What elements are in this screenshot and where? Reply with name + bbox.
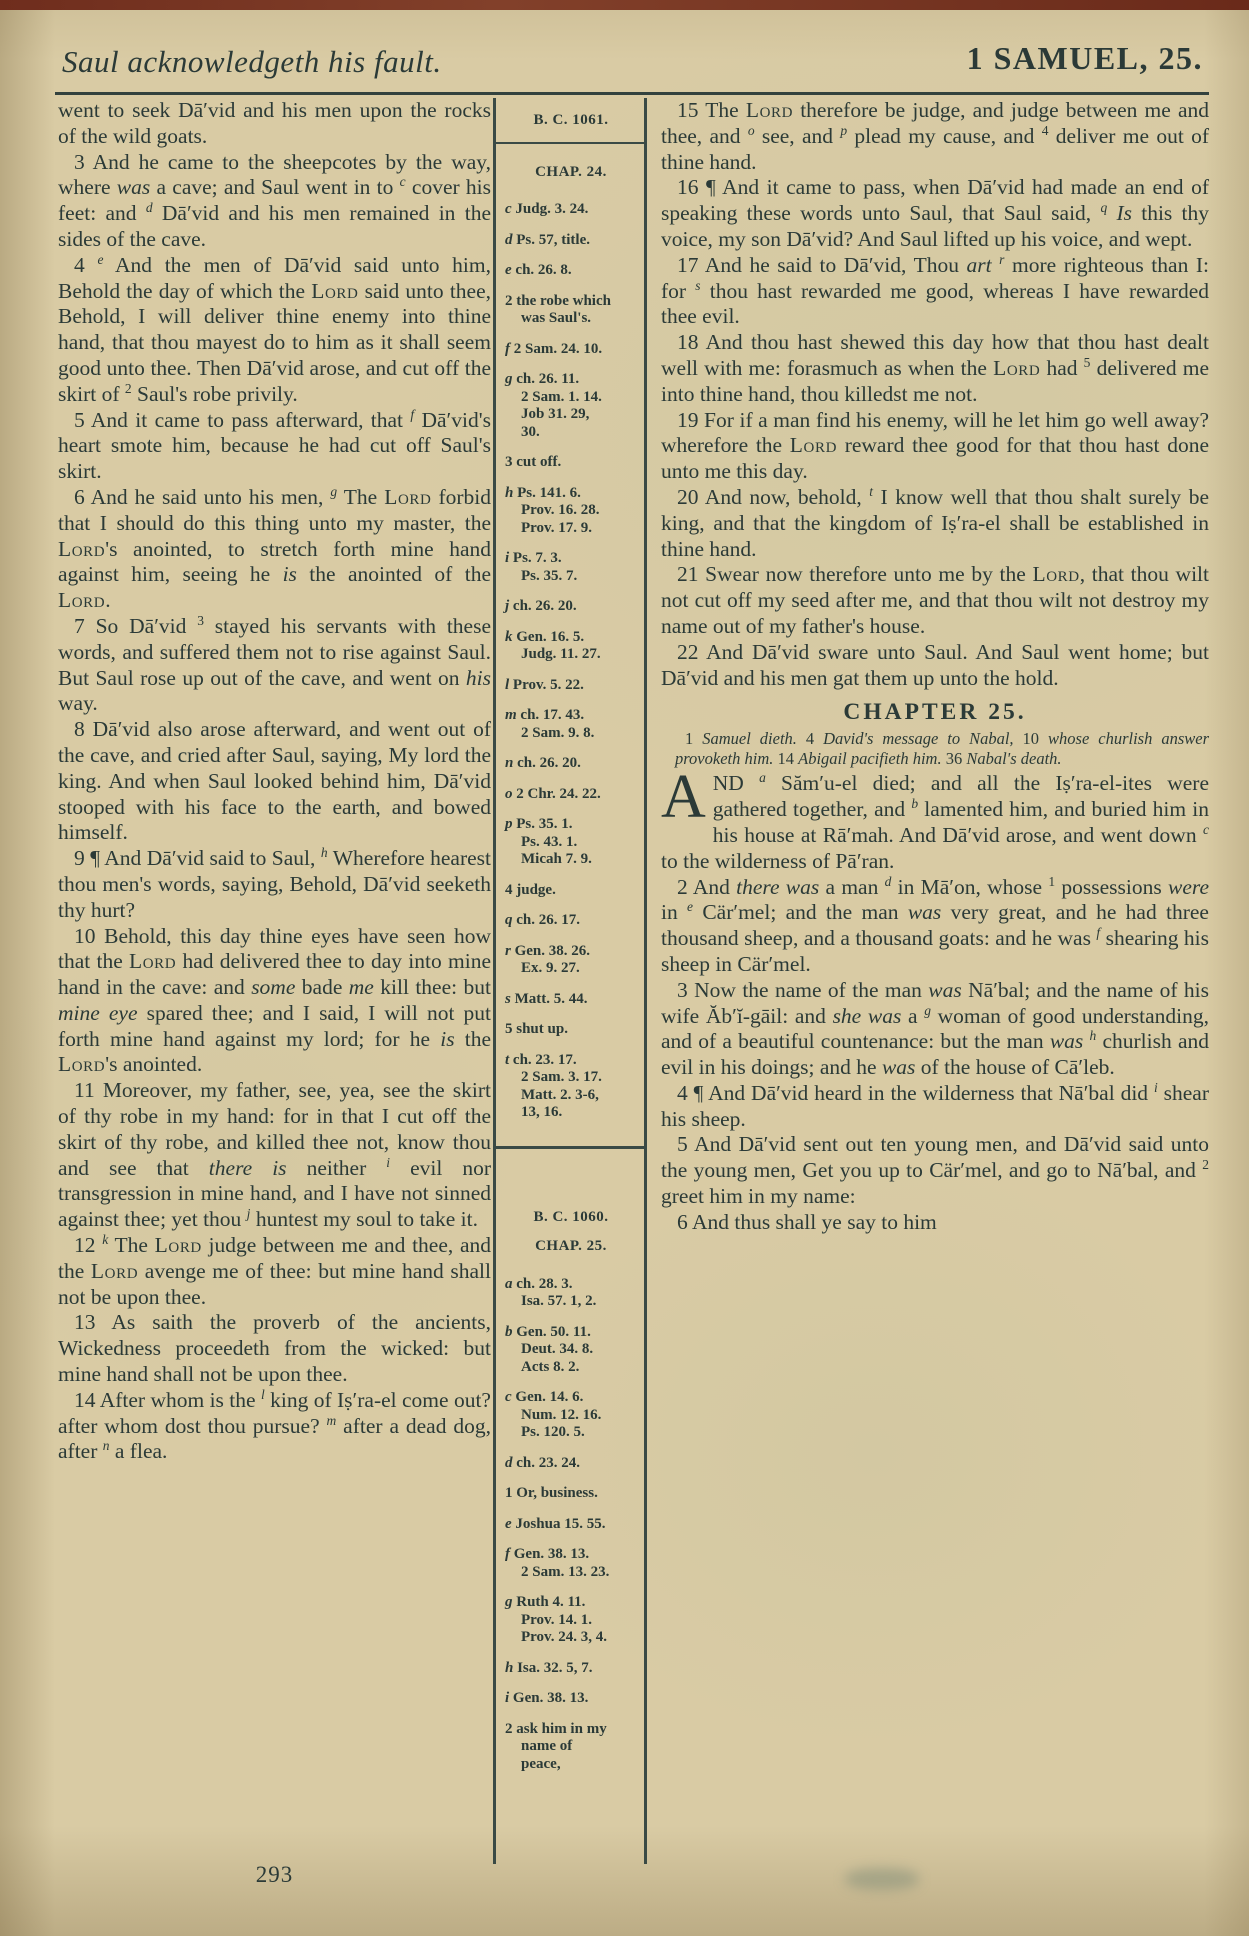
- chapter-heading: CHAPTER 25.: [661, 699, 1209, 726]
- reference-tag: 2: [505, 293, 513, 309]
- reference-tag: b: [505, 1324, 513, 1340]
- left-text-column: went to seek Dā′vid and his men upon the…: [58, 98, 491, 1864]
- reference-mark: p: [840, 123, 847, 138]
- verse-paragraph: 10 Behold, this day thine eyes have seen…: [58, 924, 491, 1079]
- verse-paragraph: 6 And thus shall ye say to him: [661, 1210, 1209, 1236]
- verse-paragraph: 12 k The Lord judge between me and thee,…: [58, 1233, 491, 1310]
- reference-mark: b: [911, 796, 918, 811]
- reference-mark: c: [400, 174, 406, 189]
- reference-tag: 2: [505, 1721, 513, 1737]
- reference-tag: j: [505, 598, 509, 614]
- divider-rule: [496, 142, 644, 144]
- reference-mark: a: [759, 770, 766, 785]
- verse-paragraph: 7 So Dā′vid 3 stayed his servants with t…: [58, 614, 491, 717]
- reference-mark: s: [695, 277, 700, 292]
- reference-mark: k: [102, 1232, 108, 1247]
- margin-note: 4 judge.: [505, 882, 637, 900]
- verse-paragraph: went to seek Dā′vid and his men upon the…: [58, 98, 491, 150]
- cross-reference: p Ps. 35. 1.Ps. 43. 1.Micah 7. 9.: [505, 816, 637, 869]
- cross-reference: n ch. 26. 20.: [505, 755, 637, 773]
- reference-tag: g: [505, 1594, 513, 1610]
- reference-mark: l: [261, 1387, 265, 1402]
- reference-mark: e: [687, 899, 693, 914]
- reference-tag: h: [505, 1660, 513, 1676]
- cross-reference: i Ps. 7. 3.Ps. 35. 7.: [505, 550, 637, 585]
- reference-mark: g: [330, 484, 337, 499]
- verse-paragraph: 11 Moreover, my father, see, yea, see th…: [58, 1078, 491, 1233]
- reference-mark: n: [103, 1438, 110, 1453]
- reference-tag: 1: [505, 1485, 513, 1501]
- verse-paragraph: 5 And it came to pass afterward, that f …: [58, 408, 491, 485]
- header-rule: [55, 92, 1209, 95]
- reference-mark: e: [97, 252, 103, 267]
- cross-reference: g ch. 26. 11.2 Sam. 1. 14.Job 31. 29,30.: [505, 371, 637, 441]
- page-number: 293: [58, 1862, 491, 1888]
- reference-mark: c: [1203, 822, 1209, 837]
- cross-reference: i Gen. 38. 13.: [505, 1690, 637, 1708]
- verse-paragraph: 3 Now the name of the man was Nā′bal; an…: [661, 978, 1209, 1081]
- center-reference-column: B. C. 1061.CHAP. 24.c Judg. 3. 24.d Ps. …: [493, 98, 647, 1864]
- verse-paragraph: 2 And there was a man d in Mā′on, whose …: [661, 875, 1209, 978]
- reference-tag: g: [505, 371, 513, 387]
- verse-paragraph: 8 Dā′vid also arose afterward, and went …: [58, 717, 491, 846]
- reference-tag: e: [505, 1516, 512, 1532]
- reference-tag: f: [505, 341, 510, 357]
- reference-tag: m: [505, 707, 517, 723]
- reference-tag: o: [505, 786, 513, 802]
- reference-mark: h: [1090, 1028, 1097, 1043]
- running-head-right: 1 SAMUEL, 25.: [967, 40, 1203, 77]
- reference-tag: i: [505, 550, 509, 566]
- reference-tag: l: [505, 677, 509, 693]
- reference-mark: q: [1100, 200, 1107, 215]
- reference-mark: f: [410, 406, 414, 421]
- verse-paragraph: 6 And he said unto his men, g The Lord f…: [58, 485, 491, 614]
- reference-tag: p: [505, 816, 513, 832]
- reference-tag: t: [505, 1052, 509, 1068]
- margin-note: 2 ask him in myname ofpeace,: [505, 1721, 637, 1774]
- chapter-label: CHAP. 25.: [505, 1238, 637, 1256]
- cross-reference: c Gen. 14. 6.Num. 12. 16.Ps. 120. 5.: [505, 1389, 637, 1442]
- verse-paragraph: 22 And Dā′vid sware unto Saul. And Saul …: [661, 640, 1209, 692]
- reference-mark: o: [748, 123, 755, 138]
- cross-reference: t ch. 23. 17.2 Sam. 3. 17.Matt. 2. 3-6,1…: [505, 1052, 637, 1122]
- reference-mark: h: [321, 845, 328, 860]
- reference-mark: i: [1154, 1080, 1158, 1095]
- cross-reference: k Gen. 16. 5.Judg. 11. 27.: [505, 629, 637, 664]
- reference-tag: e: [505, 262, 512, 278]
- reference-mark: 2: [1202, 1157, 1209, 1172]
- reference-mark: t: [869, 484, 873, 499]
- reference-mark: j: [247, 1206, 251, 1221]
- verse-paragraph: 15 The Lord therefore be judge, and judg…: [661, 98, 1209, 175]
- cross-reference: d Ps. 57, title.: [505, 232, 637, 250]
- right-text-column: 15 The Lord therefore be judge, and judg…: [647, 98, 1209, 1864]
- cross-reference: f 2 Sam. 24. 10.: [505, 341, 637, 359]
- cross-reference: l Prov. 5. 22.: [505, 677, 637, 695]
- verse-paragraph: 16 ¶ And it came to pass, when Dā′vid ha…: [661, 175, 1209, 252]
- reference-tag: d: [505, 1455, 513, 1471]
- reference-mark: 5: [1084, 355, 1091, 370]
- verse-paragraph: 20 And now, behold, t I know well that t…: [661, 485, 1209, 562]
- verse-paragraph: 4 e And the men of Dā′vid said unto him,…: [58, 253, 491, 408]
- drop-cap: A: [661, 771, 713, 823]
- bible-page: Saul acknowledgeth his fault. 1 SAMUEL, …: [0, 0, 1249, 1936]
- reference-tag: k: [505, 629, 513, 645]
- bc-date-label: B. C. 1060.: [505, 1209, 637, 1227]
- verse-paragraph: 21 Swear now therefore unto me by the Lo…: [661, 562, 1209, 639]
- chapter-summary: 1 Samuel dieth. 4 David's message to Nab…: [661, 729, 1209, 768]
- verse-paragraph: 3 And he came to the sheepcotes by the w…: [58, 150, 491, 253]
- reference-mark: d: [146, 200, 153, 215]
- cross-reference: s Matt. 5. 44.: [505, 991, 637, 1009]
- verse-paragraph: 13 As saith the proverb of the ancients,…: [58, 1310, 491, 1387]
- margin-note: 5 shut up.: [505, 1021, 637, 1039]
- reference-tag: n: [505, 755, 513, 771]
- cross-reference: g Ruth 4. 11.Prov. 14. 1.Prov. 24. 3, 4.: [505, 1594, 637, 1647]
- reference-mark: 4: [1042, 123, 1049, 138]
- reference-mark: 1: [1048, 873, 1055, 888]
- verse-paragraph: 14 After whom is the l king of Iṣ′ra-el …: [58, 1388, 491, 1465]
- cross-reference: f Gen. 38. 13.2 Sam. 13. 23.: [505, 1546, 637, 1581]
- cross-reference: j ch. 26. 20.: [505, 598, 637, 616]
- reference-tag: c: [505, 1389, 512, 1405]
- verse-paragraph: 4 ¶ And Dā′vid heard in the wilderness t…: [661, 1081, 1209, 1133]
- verse-paragraph: AND a Săm′u-el died; and all the Iṣ′ra-e…: [661, 771, 1209, 874]
- reference-tag: h: [505, 485, 513, 501]
- margin-note: 3 cut off.: [505, 454, 637, 472]
- reference-tag: 4: [505, 882, 513, 898]
- margin-note: 2 the robe whichwas Saul's.: [505, 293, 637, 328]
- verse-paragraph: 17 And he said to Dā′vid, Thou art r mor…: [661, 253, 1209, 330]
- reference-tag: d: [505, 232, 513, 248]
- reference-mark: 2: [125, 381, 132, 396]
- reference-tag: i: [505, 1690, 509, 1706]
- verse-paragraph: 18 And thou hast shewed this day how tha…: [661, 330, 1209, 407]
- cross-reference: h Ps. 141. 6.Prov. 16. 28.Prov. 17. 9.: [505, 485, 637, 538]
- bc-date-label: B. C. 1061.: [505, 112, 637, 130]
- reference-tag: r: [505, 943, 511, 959]
- cross-reference: c Judg. 3. 24.: [505, 201, 637, 219]
- ink-smudge: [845, 1868, 919, 1890]
- reference-tag: c: [505, 201, 512, 217]
- verse-paragraph: 19 For if a man find his enemy, will he …: [661, 408, 1209, 485]
- reference-mark: m: [327, 1412, 337, 1427]
- verse-paragraph: 9 ¶ And Dā′vid said to Saul, h Wherefore…: [58, 846, 491, 923]
- reference-tag: 5: [505, 1021, 513, 1037]
- running-head-left: Saul acknowledgeth his fault.: [62, 44, 442, 80]
- text-columns: went to seek Dā′vid and his men upon the…: [58, 98, 1209, 1864]
- cross-reference: m ch. 17. 43.2 Sam. 9. 8.: [505, 707, 637, 742]
- chapter-label: CHAP. 24.: [505, 164, 637, 182]
- cross-reference: o 2 Chr. 24. 22.: [505, 786, 637, 804]
- cross-reference: r Gen. 38. 26.Ex. 9. 27.: [505, 943, 637, 978]
- reference-tag: f: [505, 1546, 510, 1562]
- reference-tag: s: [505, 991, 511, 1007]
- reference-mark: f: [1096, 925, 1100, 940]
- reference-mark: i: [386, 1155, 390, 1170]
- cross-reference: q ch. 26. 17.: [505, 912, 637, 930]
- cross-reference: h Isa. 32. 5, 7.: [505, 1660, 637, 1678]
- cross-reference: a ch. 28. 3.Isa. 57. 1, 2.: [505, 1276, 637, 1311]
- reference-tag: q: [505, 912, 513, 928]
- cross-reference: e Joshua 15. 55.: [505, 1516, 637, 1534]
- reference-tag: a: [505, 1276, 513, 1292]
- margin-note: 1 Or, business.: [505, 1485, 637, 1503]
- cross-reference: e ch. 26. 8.: [505, 262, 637, 280]
- reference-mark: d: [885, 873, 892, 888]
- reference-tag: 3: [505, 454, 513, 470]
- section-divider-rule: [496, 1146, 644, 1149]
- verse-paragraph: 5 And Dā′vid sent out ten young men, and…: [661, 1132, 1209, 1209]
- cross-reference: b Gen. 50. 11.Deut. 34. 8.Acts 8. 2.: [505, 1324, 637, 1377]
- page-header: Saul acknowledgeth his fault. 1 SAMUEL, …: [58, 38, 1207, 86]
- cross-reference: d ch. 23. 24.: [505, 1455, 637, 1473]
- page-top-edge: [0, 0, 1249, 10]
- reference-mark: 3: [197, 613, 204, 628]
- reference-mark: r: [999, 252, 1004, 267]
- reference-mark: g: [924, 1002, 931, 1017]
